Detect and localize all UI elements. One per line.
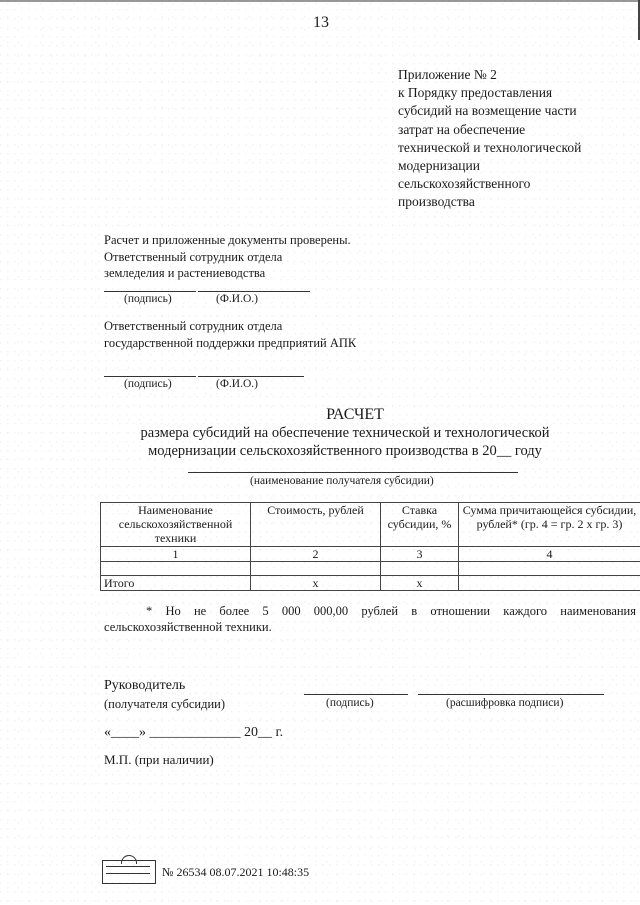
- appendix-line: к Порядку предоставления: [398, 84, 581, 102]
- table-cell: 1: [101, 547, 251, 562]
- verification-line: земледелия и растениеводства: [104, 265, 351, 282]
- name-line: [198, 376, 304, 377]
- table-cell: 2: [251, 547, 381, 562]
- header-cell: Наименование сельскохозяйственной техник…: [101, 503, 251, 547]
- header-cell: Стоимость, рублей: [251, 503, 381, 547]
- appendix-line: производства: [398, 193, 581, 211]
- column-number-row: 1 2 3 4: [101, 547, 640, 562]
- table-cell: [101, 562, 251, 576]
- signature-label: (подпись): [124, 293, 172, 305]
- document-subtitle: размера субсидий на обеспечение техничес…: [0, 424, 640, 460]
- verification-line: Ответственный сотрудник отдела: [104, 249, 351, 266]
- government-building-icon: [102, 860, 156, 884]
- table-header-row: Наименование сельскохозяйственной техник…: [101, 503, 640, 547]
- recipient-line: [188, 472, 518, 473]
- registration-stamp: № 26534 08.07.2021 10:48:35: [102, 860, 309, 884]
- subtitle-line: модернизации сельскохозяйственного произ…: [50, 442, 640, 460]
- appendix-line: модернизации: [398, 157, 581, 175]
- support-dept-block: Ответственный сотрудник отдела государст…: [104, 318, 356, 351]
- appendix-line: технической и технологической: [398, 139, 581, 157]
- appendix-line: сельскохозяйственного: [398, 175, 581, 193]
- signature-line: [104, 291, 196, 292]
- table-cell: 4: [459, 547, 640, 562]
- appendix-line: затрат на обеспечение: [398, 121, 581, 139]
- signature-line: [304, 694, 408, 695]
- decode-line: [418, 694, 604, 695]
- header-cell: Ставка субсидии, %: [381, 503, 459, 547]
- signature-label: (подпись): [326, 697, 374, 709]
- head-label: Руководитель: [104, 678, 185, 694]
- subtitle-line: размера субсидий на обеспечение техничес…: [50, 424, 640, 442]
- appendix-line: Приложение № 2: [398, 66, 581, 84]
- table-cell: [459, 562, 640, 576]
- name-label: (Ф.И.О.): [216, 293, 258, 305]
- footnote-line: сельскохозяйственной техники.: [104, 619, 636, 635]
- appendix-header: Приложение № 2 к Порядку предоставления …: [398, 66, 581, 212]
- head-sublabel: (получателя субсидии): [104, 697, 225, 712]
- total-row: Итого х х: [101, 576, 640, 591]
- support-line: государственной поддержки предприятий АП…: [104, 335, 356, 352]
- verification-block: Расчет и приложенные документы проверены…: [104, 232, 351, 282]
- total-label: Итого: [101, 576, 251, 591]
- seal-label: М.П. (при наличии): [104, 752, 214, 768]
- registration-text: № 26534 08.07.2021 10:48:35: [162, 865, 309, 880]
- table-cell: [381, 562, 459, 576]
- footnote-line: * Но не более 5 000 000,00 рублей в отно…: [104, 603, 636, 619]
- table-cell: х: [381, 576, 459, 591]
- table-row: [101, 562, 640, 576]
- table-cell: х: [251, 576, 381, 591]
- footnote: * Но не более 5 000 000,00 рублей в отно…: [104, 603, 636, 635]
- signature-label: (подпись): [124, 378, 172, 390]
- recipient-label: (наименование получателя субсидии): [250, 475, 434, 487]
- header-cell: Сумма причитающейся субсидии, рублей* (г…: [459, 503, 640, 547]
- table-cell: [459, 576, 640, 591]
- table-cell: 3: [381, 547, 459, 562]
- page-number: 13: [313, 14, 329, 32]
- document-title: РАСЧЕТ: [0, 406, 640, 424]
- name-label: (Ф.И.О.): [216, 378, 258, 390]
- table-cell: [251, 562, 381, 576]
- date-line: «____» _____________ 20__ г.: [104, 725, 283, 741]
- support-line: Ответственный сотрудник отдела: [104, 318, 356, 335]
- scan-top-edge: [0, 0, 640, 2]
- decode-label: (расшифровка подписи): [446, 697, 563, 709]
- verification-line: Расчет и приложенные документы проверены…: [104, 232, 351, 249]
- calculation-table: Наименование сельскохозяйственной техник…: [100, 502, 640, 591]
- name-line: [198, 291, 310, 292]
- signature-line: [104, 376, 196, 377]
- appendix-line: субсидий на возмещение части: [398, 102, 581, 120]
